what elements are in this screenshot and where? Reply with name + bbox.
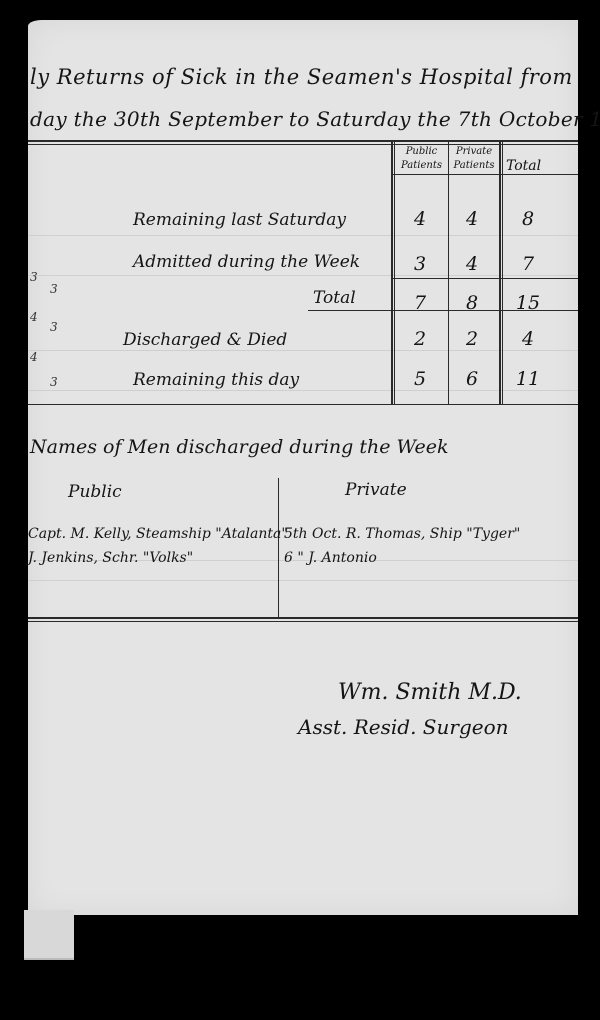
cell-public: 2 [400,328,440,350]
document-title-line-1: ly Returns of Sick in the Seamen's Hospi… [30,65,573,89]
margin-mark: 3 [30,270,38,284]
column-divider [502,142,503,404]
column-header-line: Patients [449,159,499,173]
row-separator [393,278,578,279]
row-label-remaining-last: Remaining last Saturday [133,210,346,230]
cell-total: 4 [508,328,548,350]
cell-private: 4 [452,208,492,230]
ruled-line [28,580,578,581]
table-bottom-rule [28,404,578,405]
header-underline [393,174,578,175]
signature-name: Wm. Smith M.D. [338,680,522,705]
column-divider [394,142,395,404]
cell-public: 4 [400,208,440,230]
document-title-line-2: day the 30th September to Saturday the 7… [30,107,600,131]
ruled-line [28,235,578,236]
cell-private: 4 [452,253,492,275]
row-label-discharged: Discharged & Died [123,330,287,350]
discharged-heading: Names of Men discharged during the Week [30,436,449,458]
row-label-remaining-this-day: Remaining this day [133,370,299,390]
column-header-total: Total [506,158,541,174]
section-bottom-rule [28,617,578,619]
margin-mark: 4 [30,350,38,364]
public-entry: Capt. M. Kelly, Steamship "Atalanta" [28,526,288,542]
row-label-total: Total [313,288,356,308]
margin-mark: 3 [50,375,58,389]
public-entry: J. Jenkins, Schr. "Volks" [28,550,193,566]
column-header-line: Public [395,145,448,159]
private-entry: 6 " J. Antonio [284,550,377,566]
column-header-line: Private [449,145,499,159]
paper-tab [24,910,74,960]
margin-mark: 3 [50,282,58,296]
column-header-private: Private Patients [449,145,499,173]
cell-public: 3 [400,253,440,275]
cell-private: 8 [452,292,492,314]
cell-private: 6 [452,368,492,390]
document-page: ly Returns of Sick in the Seamen's Hospi… [28,20,578,915]
cell-total: 11 [508,368,548,390]
cell-private: 2 [452,328,492,350]
column-header-line: Patients [395,159,448,173]
column-header-public: Public Patients [395,145,448,173]
column-divider [391,142,393,404]
margin-mark: 3 [50,320,58,334]
ruled-line [28,275,578,276]
row-label-admitted: Admitted during the Week [133,252,360,272]
private-subheading: Private [345,480,407,500]
private-entry: 5th Oct. R. Thomas, Ship "Tyger" [284,526,520,542]
column-divider [448,142,449,404]
public-private-divider [278,478,279,618]
cell-total: 8 [508,208,548,230]
table-top-rule [28,140,578,142]
ruled-line [28,390,578,391]
public-subheading: Public [68,482,122,502]
signature-title: Asst. Resid. Surgeon [298,715,509,739]
column-divider [499,142,501,404]
ruled-line [28,350,578,351]
cell-public: 5 [400,368,440,390]
cell-public: 7 [400,292,440,314]
section-bottom-rule [28,621,578,622]
cell-total: 15 [508,292,548,314]
cell-total: 7 [508,253,548,275]
margin-mark: 4 [30,310,38,324]
